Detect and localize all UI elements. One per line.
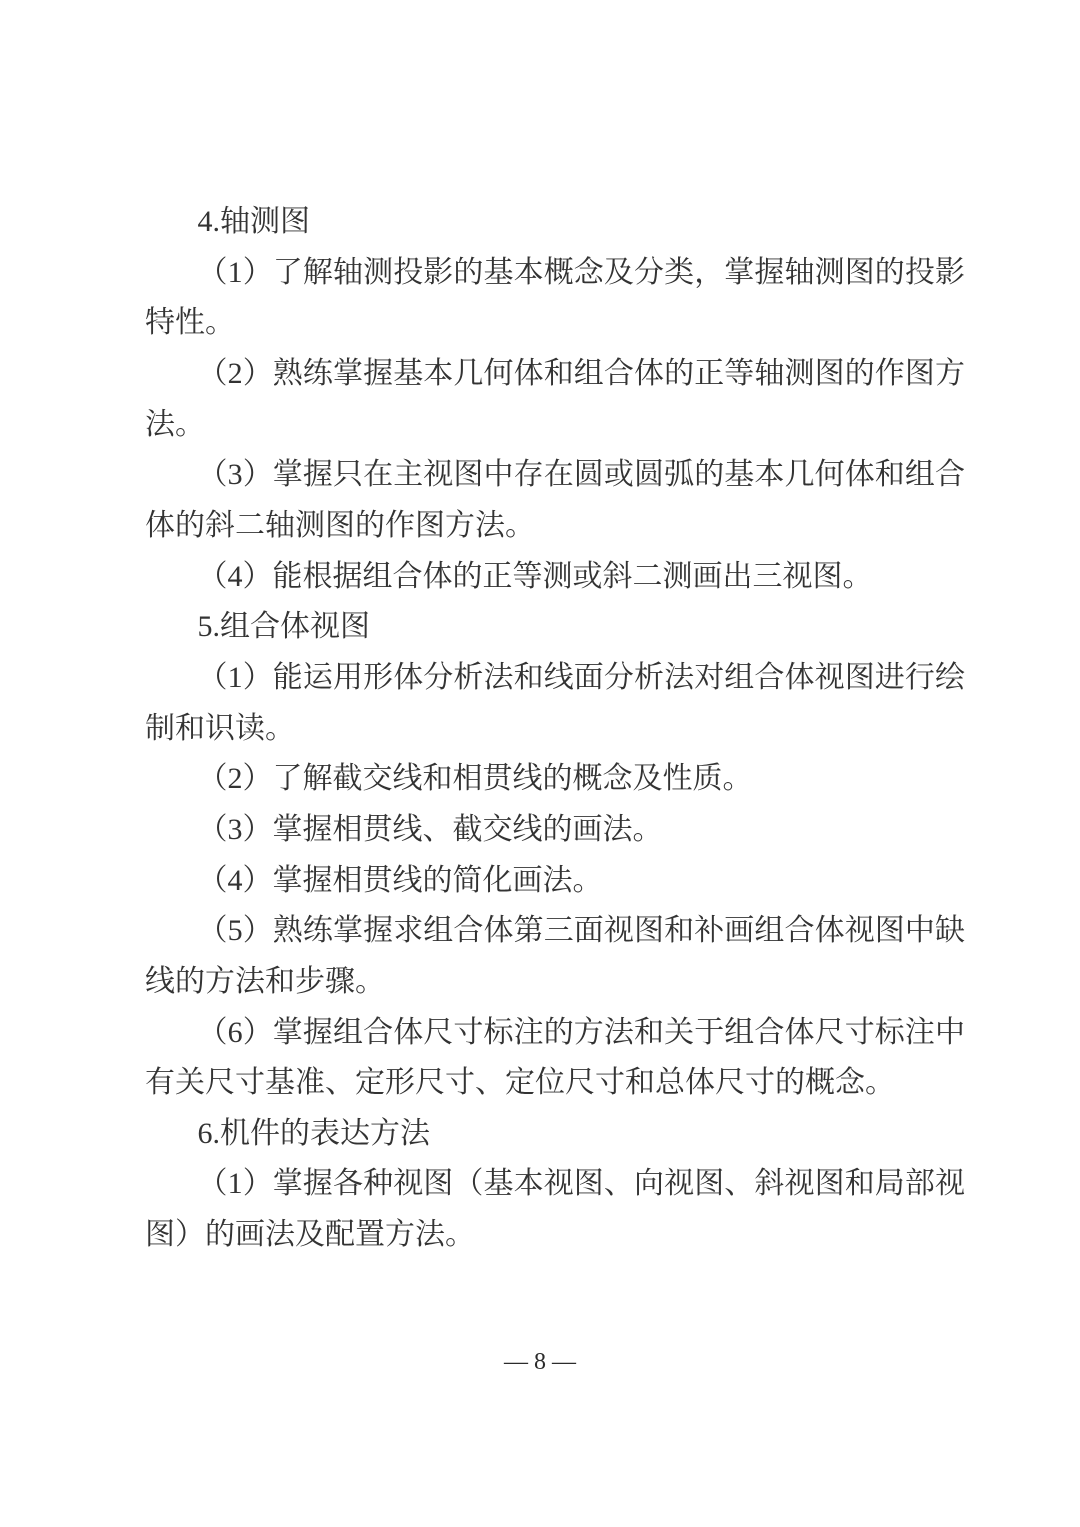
section-heading-6: 6.机件的表达方法 [145, 1109, 965, 1160]
paragraph-4-1: （1）了解轴测投影的基本概念及分类，掌握轴测图的投影特性。 [145, 248, 965, 349]
document-body: 4.轴测图 （1）了解轴测投影的基本概念及分类，掌握轴测图的投影特性。 （2）熟… [145, 197, 965, 1261]
section-heading-5: 5.组合体视图 [145, 602, 965, 653]
paragraph-5-3: （3）掌握相贯线、截交线的画法。 [145, 805, 965, 856]
paragraph-4-3: （3）掌握只在主视图中存在圆或圆弧的基本几何体和组合体的斜二轴测图的作图方法。 [145, 450, 965, 551]
section-heading-4: 4.轴测图 [145, 197, 965, 248]
paragraph-4-2: （2）熟练掌握基本几何体和组合体的正等轴测图的作图方法。 [145, 349, 965, 450]
paragraph-4-4: （4）能根据组合体的正等测或斜二测画出三视图。 [145, 552, 965, 603]
paragraph-6-1: （1）掌握各种视图（基本视图、向视图、斜视图和局部视图）的画法及配置方法。 [145, 1159, 965, 1260]
paragraph-5-1: （1）能运用形体分析法和线面分析法对组合体视图进行绘制和识读。 [145, 653, 965, 754]
paragraph-5-4: （4）掌握相贯线的简化画法。 [145, 856, 965, 907]
paragraph-5-6: （6）掌握组合体尺寸标注的方法和关于组合体尺寸标注中有关尺寸基准、定形尺寸、定位… [145, 1008, 965, 1109]
paragraph-5-5: （5）熟练掌握求组合体第三面视图和补画组合体视图中缺线的方法和步骤。 [145, 906, 965, 1007]
page-number: — 8 — [0, 1347, 1080, 1377]
document-page: 4.轴测图 （1）了解轴测投影的基本概念及分类，掌握轴测图的投影特性。 （2）熟… [0, 0, 1080, 1527]
paragraph-5-2: （2）了解截交线和相贯线的概念及性质。 [145, 754, 965, 805]
